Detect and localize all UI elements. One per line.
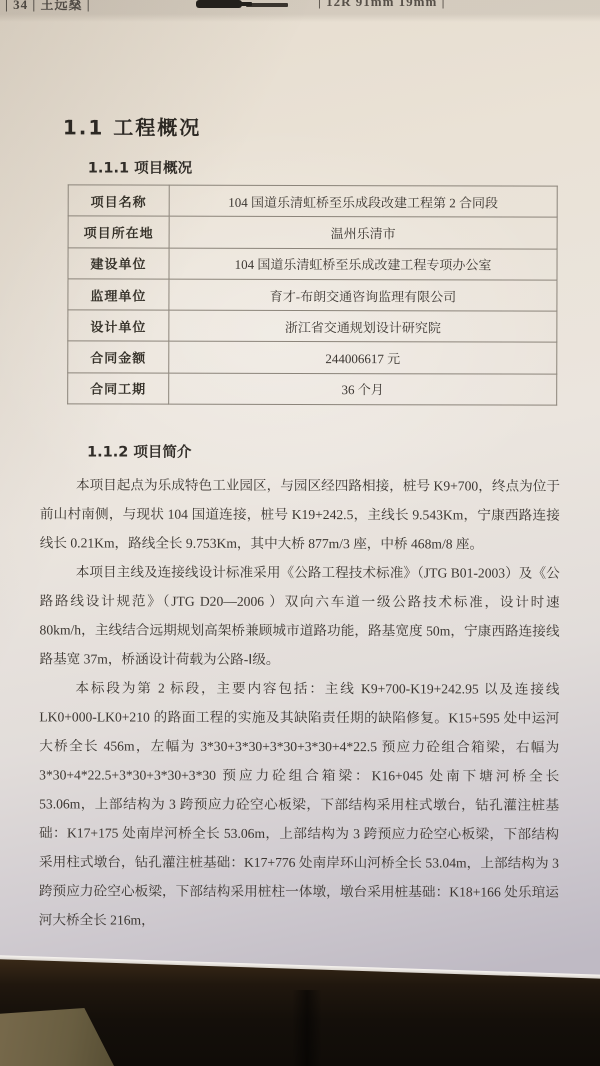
cutoff-left-fragment: | 34 | 王远燊 |	[5, 0, 91, 13]
row-value: 育才-布朗交通咨询监理有限公司	[169, 279, 557, 311]
paragraph-design-standards: 本项目主线及连接线设计标准采用《公路工程技术标准》（JTG B01-2003）及…	[39, 557, 559, 674]
section-heading: 1.1 工程概况	[63, 111, 600, 141]
project-info-table: 项目名称 104 国道乐清虹桥至乐成段改建工程第 2 合同段 项目所在地 温州乐…	[67, 184, 558, 405]
project-intro-paragraphs: 本项目起点为乐成特色工业园区，与园区经四路相接，桩号 K9+700，终点为位于前…	[39, 470, 560, 935]
document-content: 1.1 工程概况 1.1.1 项目概况 项目名称 104 国道乐清虹桥至乐成段改…	[0, 0, 600, 936]
row-label: 项目名称	[68, 185, 169, 217]
row-value: 浙江省交通规划设计研究院	[169, 310, 557, 342]
row-label: 项目所在地	[68, 216, 169, 248]
row-value: 36 个月	[169, 373, 557, 405]
table-row: 项目所在地 温州乐清市	[68, 216, 557, 249]
row-label: 合同工期	[68, 373, 169, 405]
table-row: 合同金额 244006617 元	[68, 341, 557, 374]
subsection-heading-project-intro: 1.1.2 项目简介	[87, 441, 600, 463]
desk-seam-shadow	[292, 990, 322, 1066]
row-value: 244006617 元	[169, 342, 557, 374]
subsection-heading-project-overview: 1.1.1 项目概况	[88, 156, 600, 178]
cutoff-right-fragment: | 12R 91mm 19mm |	[318, 0, 445, 10]
cutoff-header-strip: | 34 | 王远燊 | | 12R 91mm 19mm |	[0, 0, 600, 15]
ink-smudge	[196, 0, 242, 8]
row-value: 温州乐清市	[169, 216, 557, 248]
paragraph-contract-scope: 本标段为第 2 标段，主要内容包括：主线 K9+700-K19+242.95 以…	[39, 673, 560, 935]
table-row: 监理单位 育才-布朗交通咨询监理有限公司	[68, 279, 557, 312]
row-label: 设计单位	[68, 310, 169, 342]
table-row: 建设单位 104 国道乐清虹桥至乐成改建工程专项办公室	[68, 247, 557, 280]
paragraph-route-overview: 本项目起点为乐成特色工业园区，与园区经四路相接，桩号 K9+700，终点为位于前…	[40, 470, 560, 558]
row-label: 合同金额	[68, 341, 169, 373]
table-row: 设计单位 浙江省交通规划设计研究院	[68, 310, 557, 343]
row-label: 建设单位	[68, 247, 169, 279]
row-label: 监理单位	[68, 279, 169, 311]
document-photo: | 34 | 王远燊 | | 12R 91mm 19mm | 1.1 工程概况 …	[0, 0, 600, 1066]
table-row: 合同工期 36 个月	[68, 373, 557, 406]
row-value: 104 国道乐清虹桥至乐成改建工程专项办公室	[169, 248, 557, 280]
table-row: 项目名称 104 国道乐清虹桥至乐成段改建工程第 2 合同段	[68, 185, 557, 218]
row-value: 104 国道乐清虹桥至乐成段改建工程第 2 合同段	[169, 185, 557, 217]
